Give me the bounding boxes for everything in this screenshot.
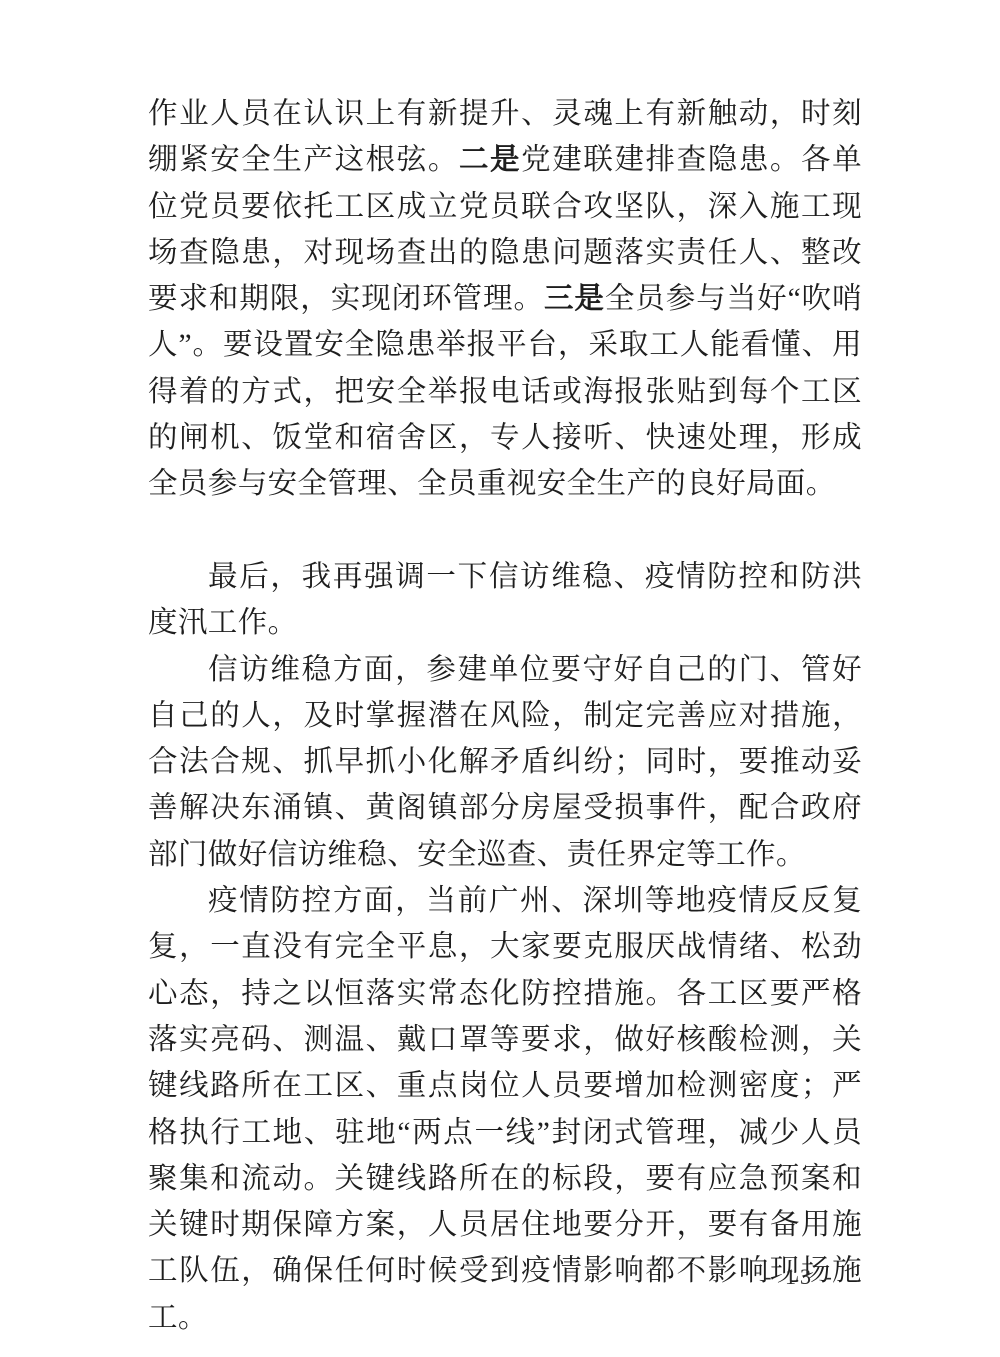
- paragraph: 作业人员在认识上有新提升、灵魂上有新触动，时刻绷紧安全生产这根弦。二是党建联建排…: [148, 91, 862, 508]
- bold-text-run: 二是: [459, 144, 521, 176]
- paragraph: 信访维稳方面，参建单位要守好自己的门、管好自己的人，及时掌握潜在风险，制定完善应…: [148, 647, 862, 878]
- document-page: 作业人员在认识上有新提升、灵魂上有新触动，时刻绷紧安全生产这根弦。二是党建联建排…: [0, 0, 1000, 1357]
- page-number: - 13 -: [745, 1264, 855, 1290]
- text-run: 信访维稳方面，参建单位要守好自己的门、管好自己的人，及时掌握潜在风险，制定完善应…: [148, 654, 862, 871]
- document-body: 作业人员在认识上有新提升、灵魂上有新触动，时刻绷紧安全生产这根弦。二是党建联建排…: [148, 91, 862, 1341]
- text-run: 最后，我再强调一下信访维稳、疫情防控和防洪度汛工作。: [148, 561, 862, 639]
- paragraph: 最后，我再强调一下信访维稳、疫情防控和防洪度汛工作。: [148, 554, 862, 647]
- bold-text-run: 三是: [544, 283, 605, 315]
- text-run: 全员参与当好“吹哨人”。要设置安全隐患举报平台，采取工人能看懂、用得着的方式，把…: [148, 283, 862, 500]
